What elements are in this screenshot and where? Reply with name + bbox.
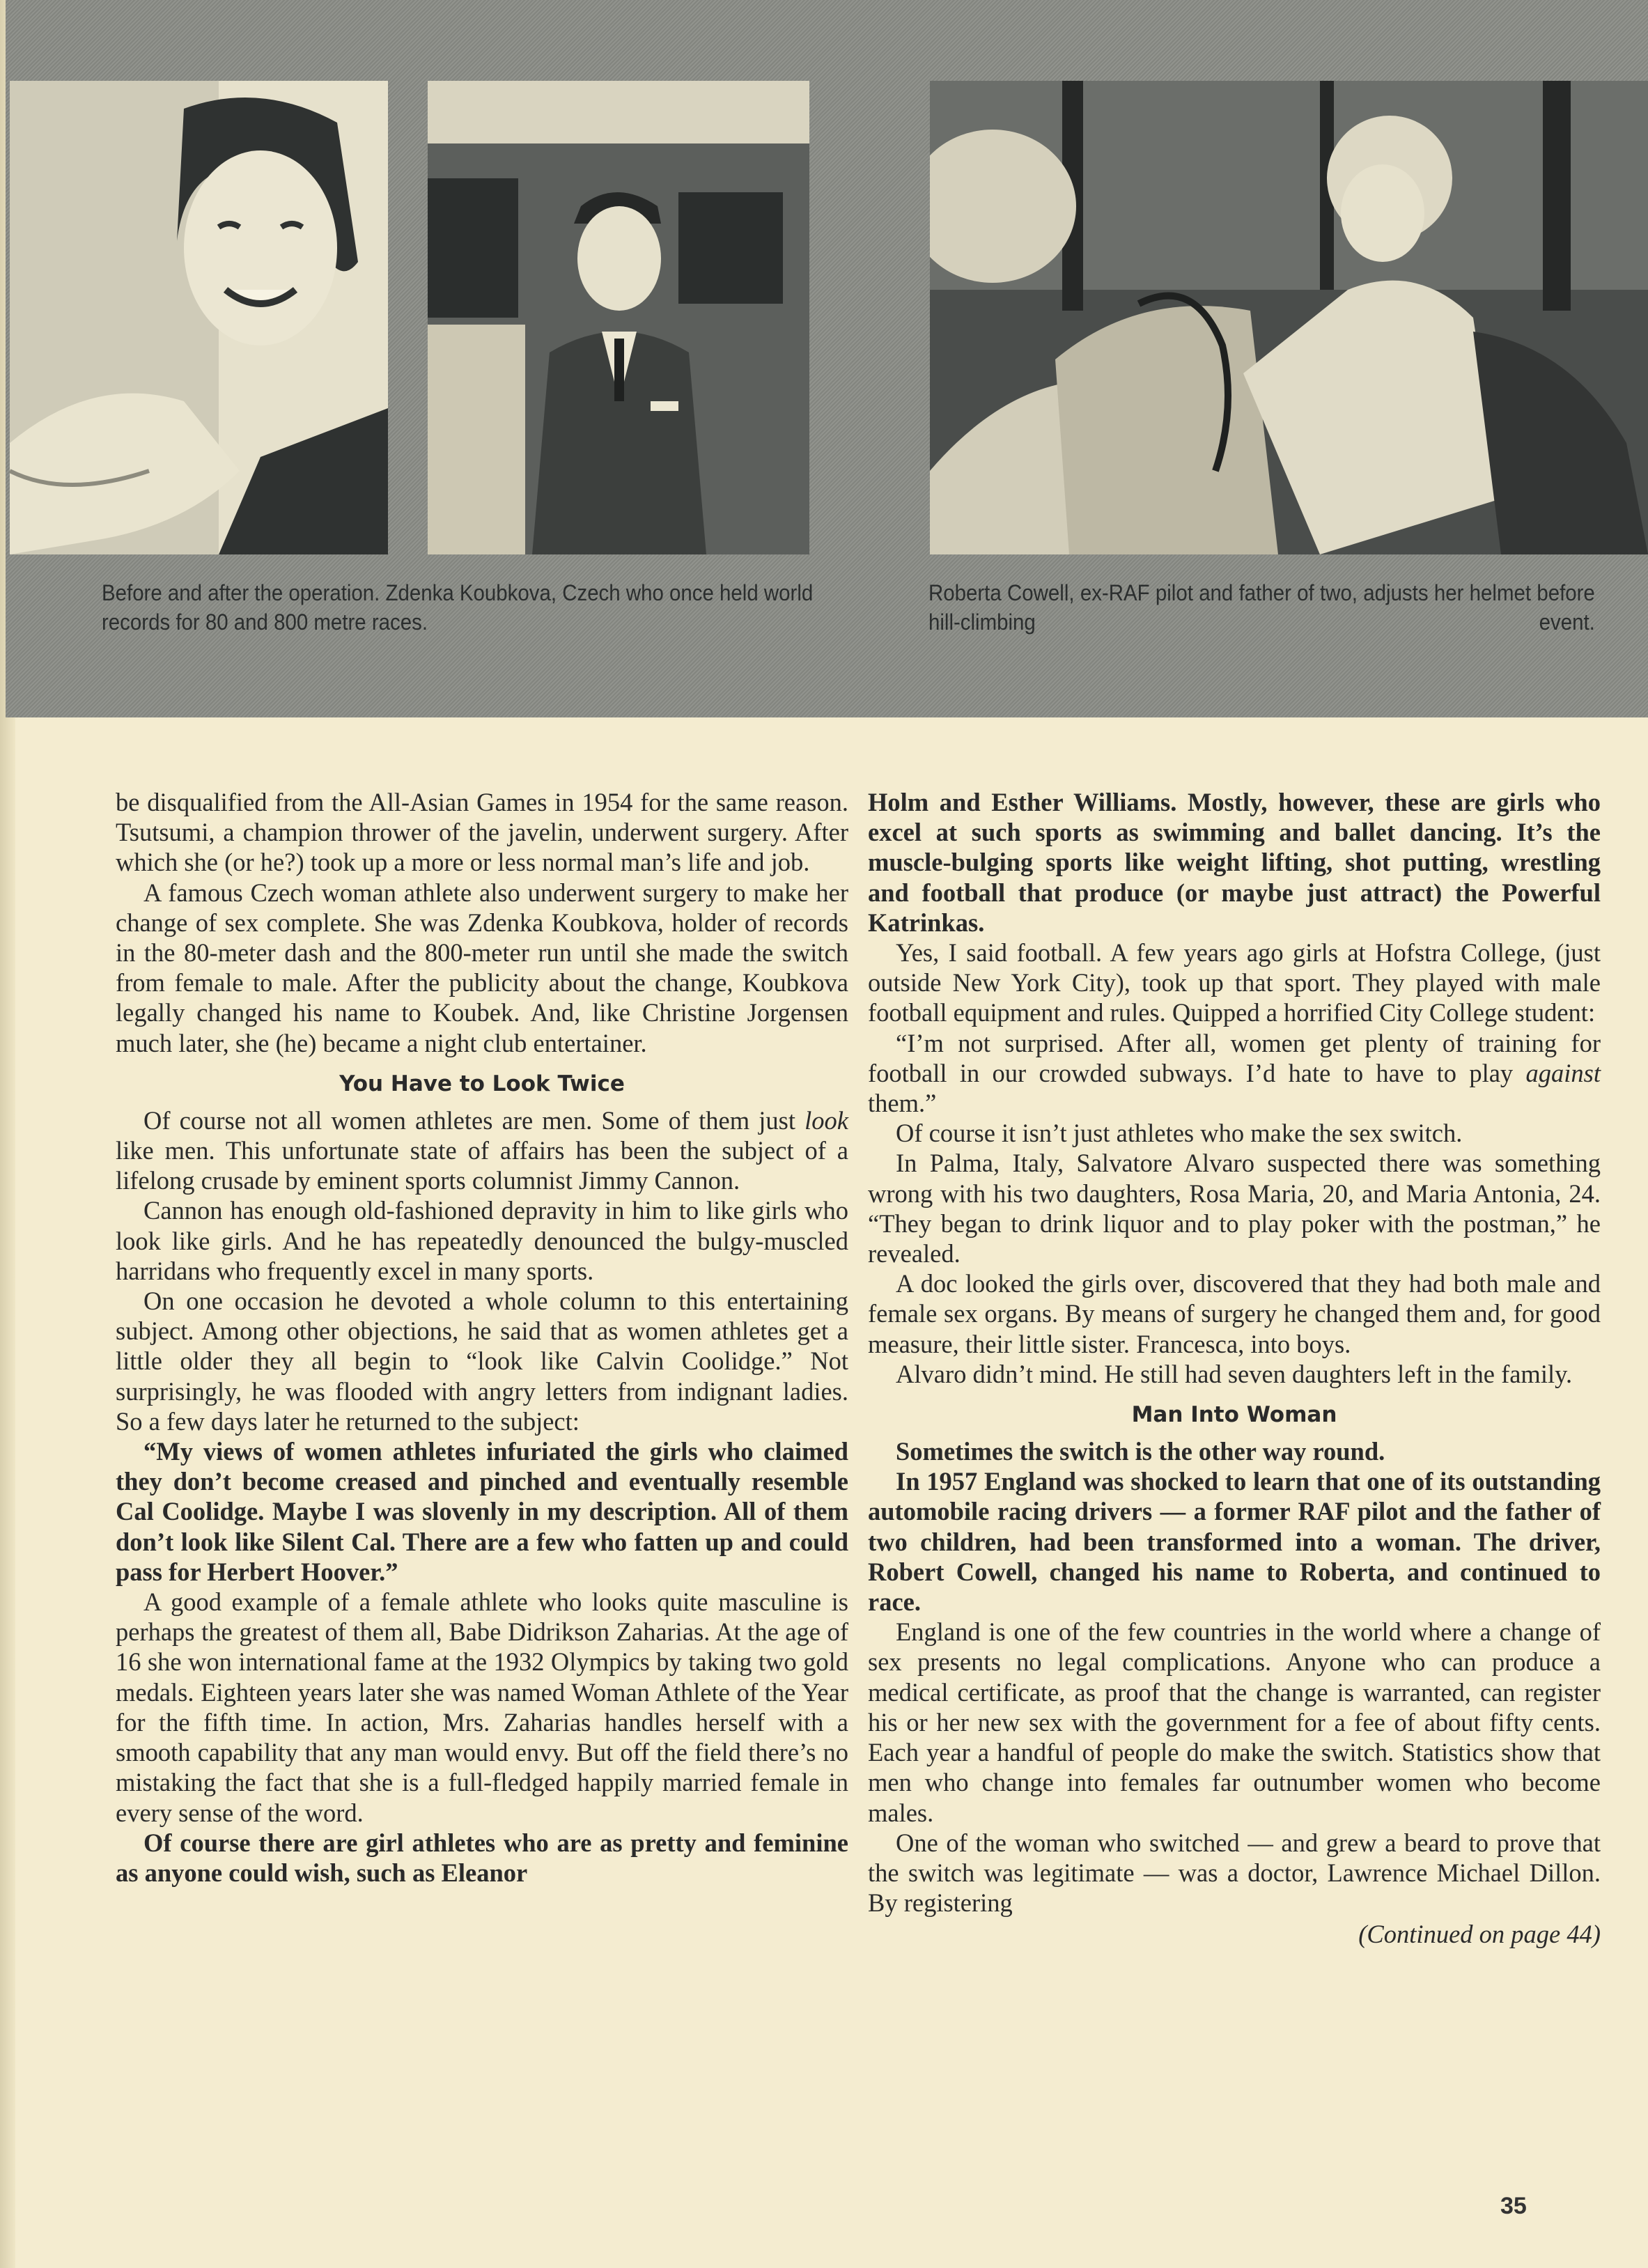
photo-koubek-after bbox=[428, 81, 809, 554]
racing-driver-image bbox=[930, 81, 1648, 554]
paragraph: A good example of a female athlete who l… bbox=[116, 1587, 848, 1828]
paragraph: Sometimes the switch is the other way ro… bbox=[868, 1436, 1601, 1466]
paragraph: Yes, I said football. A few years ago gi… bbox=[868, 938, 1601, 1028]
photo-roberta-cowell bbox=[930, 81, 1648, 554]
portrait-man-image bbox=[428, 81, 809, 554]
section-heading: You Have to Look Twice bbox=[116, 1068, 848, 1100]
paragraph: Alvaro didn’t mind. He still had seven d… bbox=[868, 1359, 1601, 1389]
article-column-left: be disqualified from the All-Asian Games… bbox=[116, 787, 848, 1888]
paragraph: A famous Czech woman athlete also underw… bbox=[116, 878, 848, 1058]
photo-caption-cowell: Roberta Cowell, ex-RAF pilot and father … bbox=[928, 578, 1595, 637]
article-column-right: Holm and Esther Williams. Mostly, howeve… bbox=[868, 787, 1601, 1950]
paragraph: Cannon has enough old-fashioned depravit… bbox=[116, 1195, 848, 1286]
paragraph: Of course it isn’t just athletes who mak… bbox=[868, 1118, 1601, 1148]
photo-caption-koubkova: Before and after the operation. Zdenka K… bbox=[102, 578, 832, 637]
paragraph: Holm and Esther Williams. Mostly, howeve… bbox=[868, 787, 1601, 938]
text-run: “I’m not surprised. After all, women get… bbox=[868, 1029, 1601, 1087]
emphasis-text: against bbox=[1526, 1059, 1601, 1087]
paragraph: Of course there are girl athletes who ar… bbox=[116, 1828, 848, 1888]
paragraph: Of course not all women athletes are men… bbox=[116, 1105, 848, 1196]
paragraph: On one occasion he devoted a whole colum… bbox=[116, 1286, 848, 1436]
text-run: them.” bbox=[868, 1089, 936, 1117]
paragraph: In Palma, Italy, Salvatore Alvaro suspec… bbox=[868, 1148, 1601, 1268]
page-number: 35 bbox=[1500, 2193, 1527, 2220]
portrait-woman-image bbox=[10, 81, 388, 554]
paragraph: A doc looked the girls over, discovered … bbox=[868, 1268, 1601, 1359]
text-run: Of course not all women athletes are men… bbox=[143, 1106, 804, 1135]
quote-paragraph: “My views of women athletes infuriated t… bbox=[116, 1436, 848, 1587]
paragraph: One of the woman who switched — and grew… bbox=[868, 1828, 1601, 1918]
text-run: like men. This unfortunate state of affa… bbox=[116, 1136, 848, 1195]
photo-koubkova-before bbox=[10, 81, 388, 554]
emphasis-text: look bbox=[804, 1106, 848, 1135]
quote-paragraph: “I’m not surprised. After all, women get… bbox=[868, 1028, 1601, 1119]
paragraph: In 1957 England was shocked to learn tha… bbox=[868, 1466, 1601, 1617]
paragraph: be disqualified from the All-Asian Games… bbox=[116, 787, 848, 878]
section-heading: Man Into Woman bbox=[868, 1399, 1601, 1431]
continued-on-page-note: (Continued on page 44) bbox=[868, 1919, 1601, 1949]
paragraph: England is one of the few countries in t… bbox=[868, 1617, 1601, 1827]
